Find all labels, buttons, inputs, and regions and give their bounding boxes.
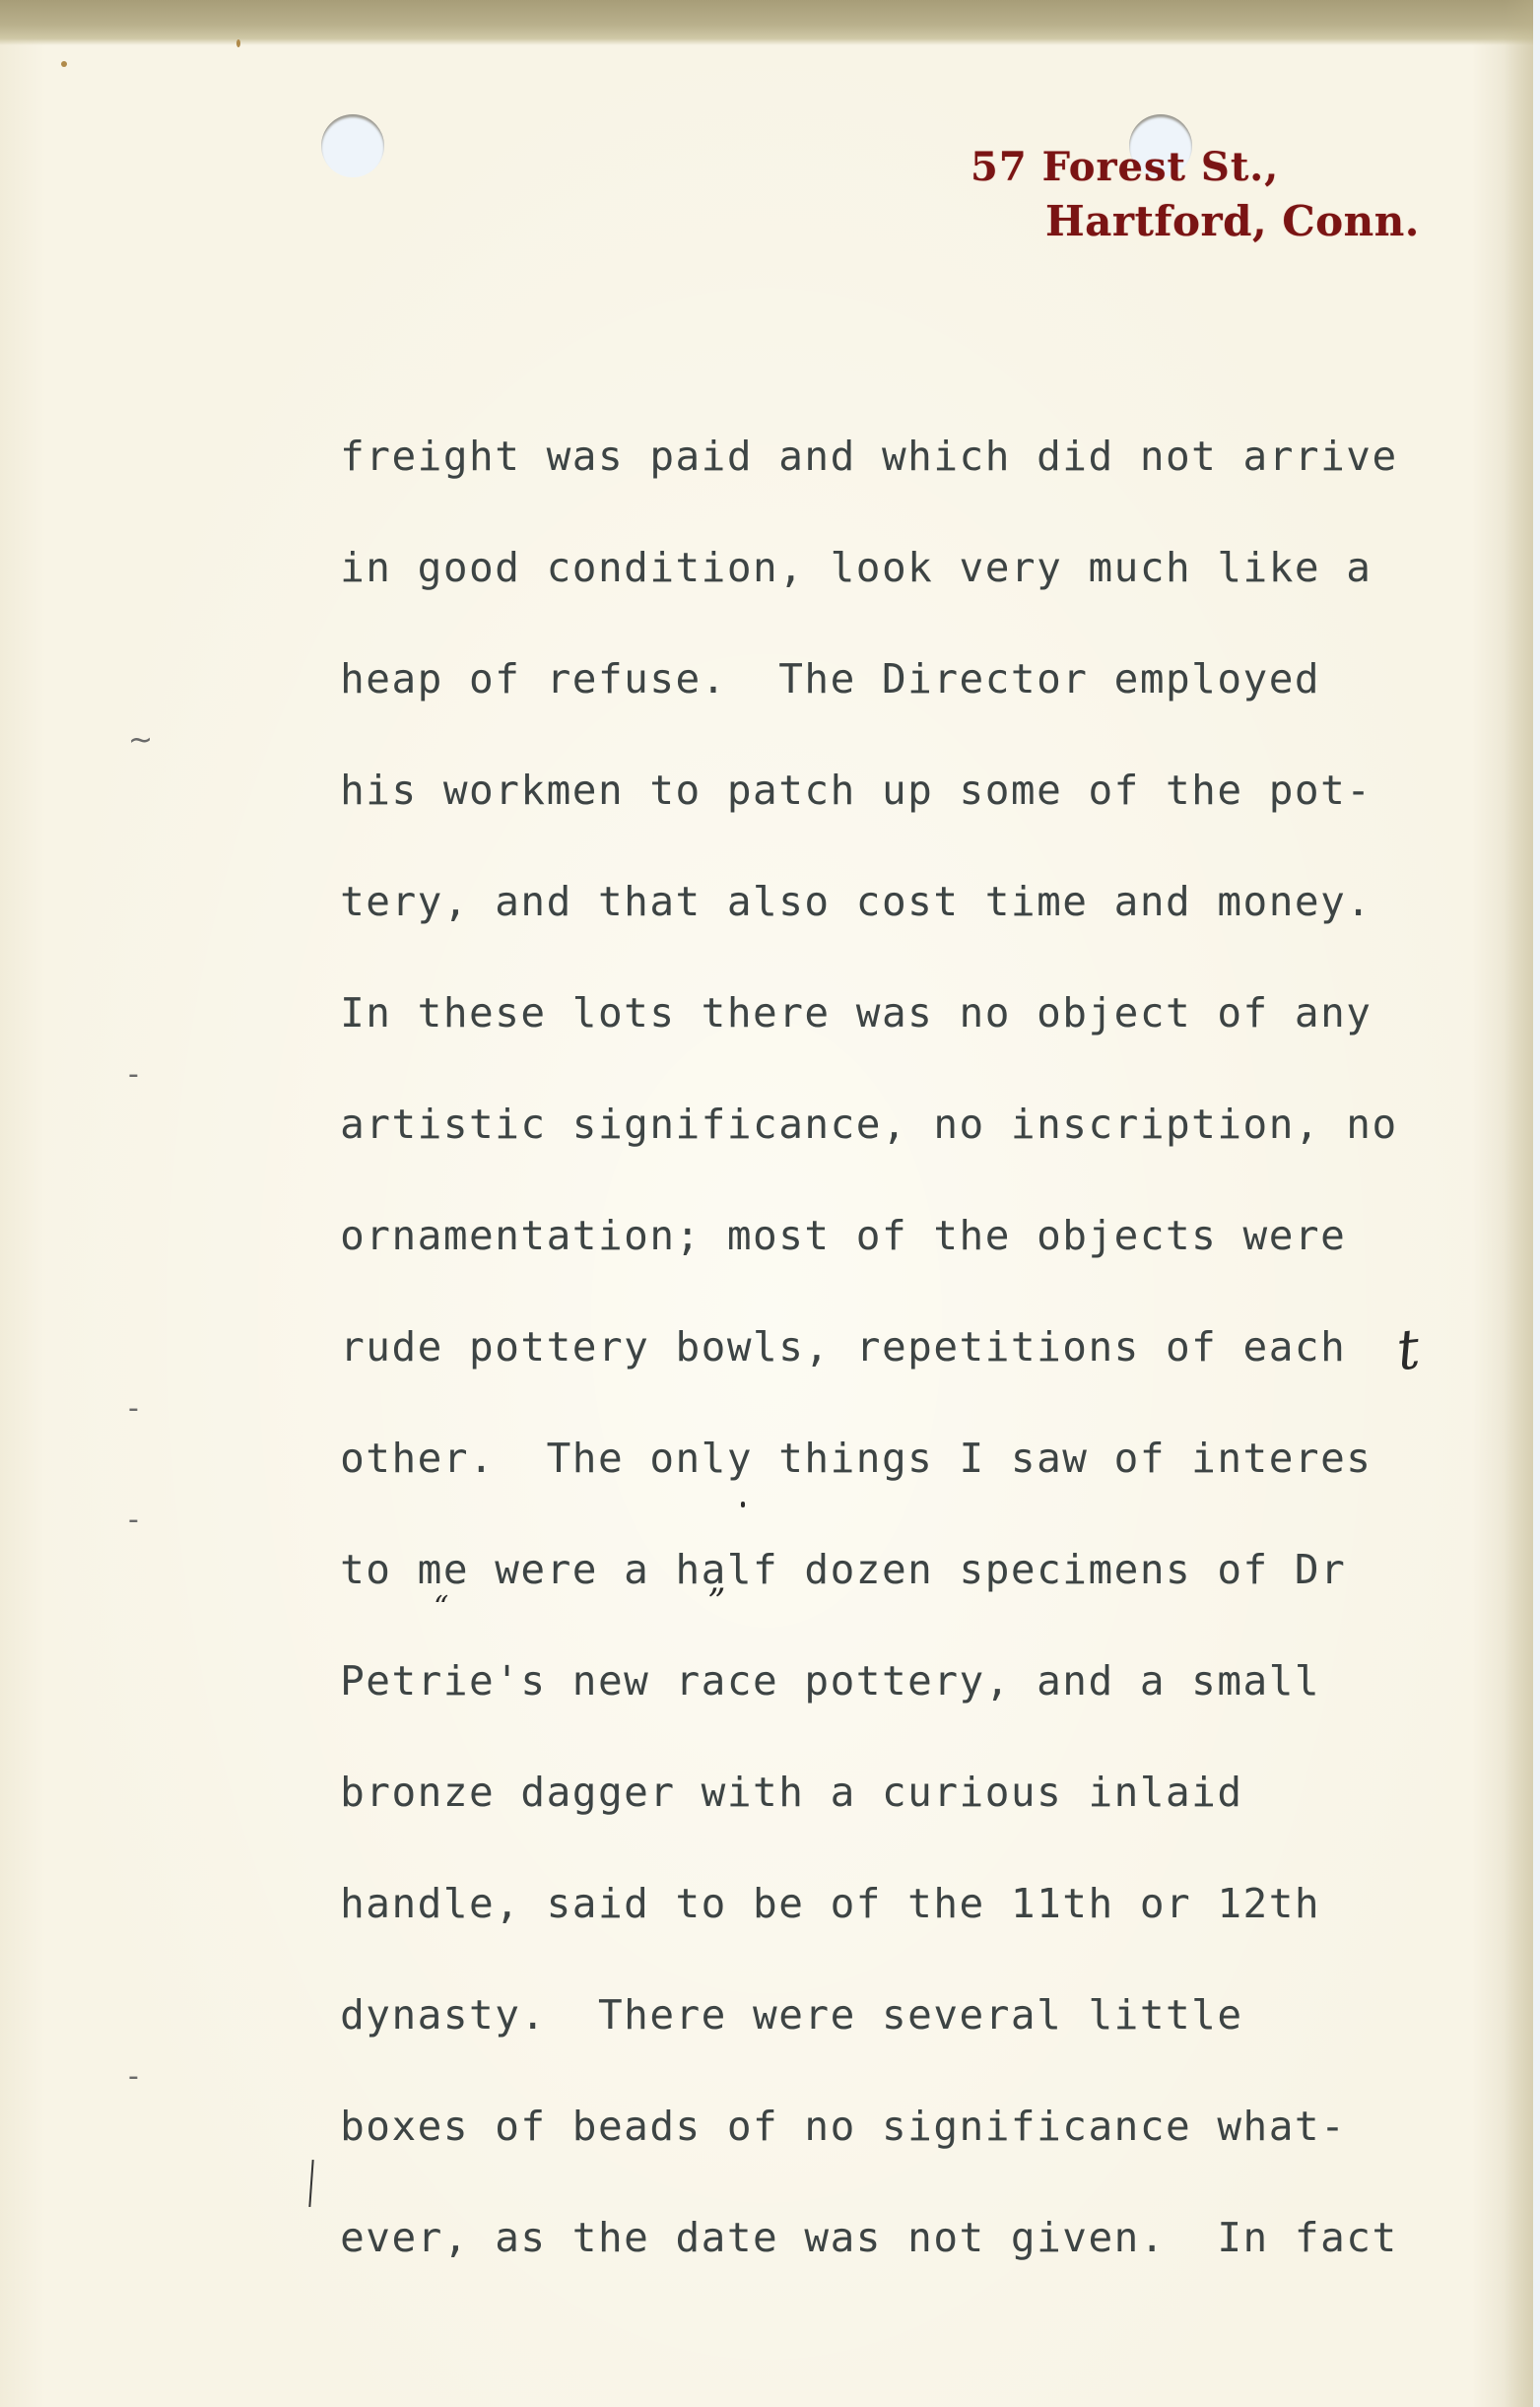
line-text: ever, as the date was not given. In fact xyxy=(340,2214,1398,2261)
paper-speck xyxy=(236,39,240,47)
text-line: - artistic significance, no inscription,… xyxy=(185,1001,1398,1050)
margin-mark: - xyxy=(128,1496,140,1545)
letterhead-address: 57 Forest St., Hartford, Conn. xyxy=(971,148,1420,242)
aged-right-edge xyxy=(1504,0,1533,2407)
text-line: - to me were a half dozen specimens of D… xyxy=(185,1446,1346,1496)
letterhead-city: Hartford, Conn. xyxy=(1045,201,1420,242)
margin-mark: ~ xyxy=(128,716,155,766)
text-line: rude pottery bowls, repetitions of each xyxy=(185,1224,1346,1273)
text-line: ornamentation; most of the objects were xyxy=(185,1112,1346,1162)
text-line: In these lots there was no object of any xyxy=(185,890,1372,939)
paper-speck xyxy=(61,61,67,67)
handwritten-close-quote: ” xyxy=(707,1582,725,1623)
text-line: ~ his workmen to patch up some of the po… xyxy=(185,667,1372,716)
text-line: - boxes of beads of no significance what… xyxy=(185,2003,1346,2052)
text-line: tery, and that also cost time and money. xyxy=(185,778,1372,828)
letter-page: 57 Forest St., Hartford, Conn. freight w… xyxy=(0,0,1533,2407)
margin-mark: - xyxy=(128,1050,140,1100)
punch-hole-left xyxy=(321,114,384,177)
handwritten-dot xyxy=(741,1502,745,1507)
text-line: ever, as the date was not given. In fact xyxy=(185,2114,1398,2164)
text-line: Petrie's new race pottery, and a small xyxy=(185,1558,1320,1607)
text-line: freight was paid and which did not arriv… xyxy=(185,333,1398,382)
margin-mark: - xyxy=(128,2052,140,2102)
text-line: heap of refuse. The Director employed xyxy=(185,556,1320,605)
handwritten-open-quote: “ xyxy=(434,1590,448,1625)
margin-mark: - xyxy=(128,1384,140,1434)
aged-top-edge xyxy=(0,0,1533,45)
handwritten-t-correction: t xyxy=(1394,1317,1423,1383)
text-line: in good condition, look very much like a xyxy=(185,444,1372,494)
text-line: - other. The only things I saw of intere… xyxy=(185,1335,1372,1384)
text-line: bronze dagger with a curious inlaid xyxy=(185,1669,1243,1718)
text-line: handle, said to be of the 11th or 12th xyxy=(185,1780,1320,1830)
text-line: dynasty. There were several little xyxy=(185,1892,1243,1941)
letterhead-street: 57 Forest St., xyxy=(971,148,1420,187)
